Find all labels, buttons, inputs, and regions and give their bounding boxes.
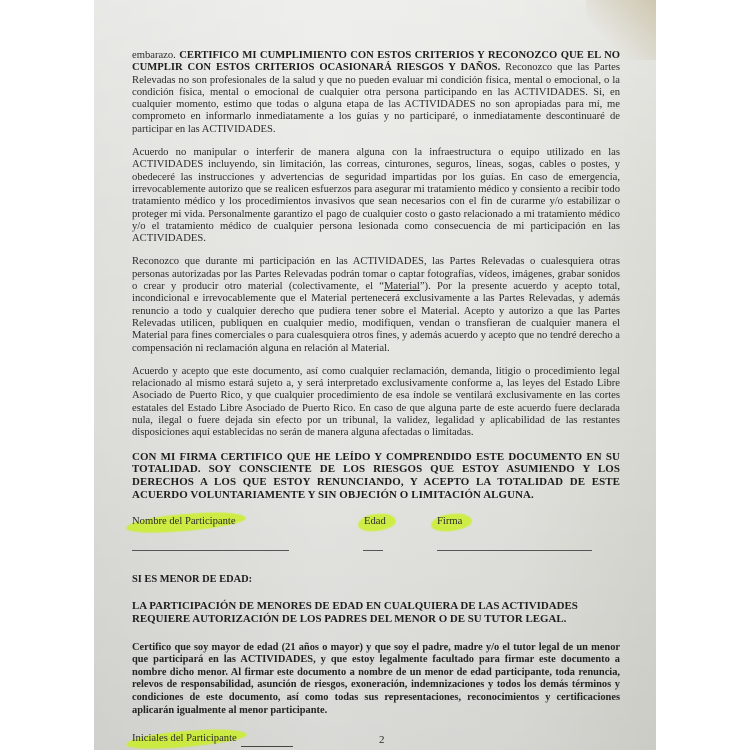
document-page: embarazo. CERTIFICO MI CUMPLIMIENTO CON … xyxy=(132,50,620,747)
signature-label: Firma xyxy=(437,516,462,528)
paragraph-lead: embarazo. xyxy=(132,50,176,61)
signature-labels: Nombre del Participante Edad Firma xyxy=(132,516,620,532)
minor-requirement: LA PARTICIPACIÓN DE MENORES DE EDAD EN C… xyxy=(132,600,620,626)
minor-section-heading: SI ES MENOR DE EDAD: xyxy=(132,574,620,586)
paragraph-material-rights: Reconozco que durante mi participación e… xyxy=(132,256,620,354)
age-label: Edad xyxy=(364,516,386,528)
signature-certification: CON MI FIRMA CERTIFICO QUE HE LEÍDO Y CO… xyxy=(132,451,620,502)
name-label: Nombre del Participante xyxy=(132,516,236,528)
paragraph-compliance: embarazo. CERTIFICO MI CUMPLIMIENTO CON … xyxy=(132,50,620,136)
page-number: 2 xyxy=(379,734,385,746)
initials-row: Iniciales del Participante xyxy=(132,733,620,746)
initials-field[interactable] xyxy=(241,733,293,746)
age-field[interactable] xyxy=(363,550,383,551)
document-photo: embarazo. CERTIFICO MI CUMPLIMIENTO CON … xyxy=(94,0,656,750)
paragraph-jurisdiction: Acuerdo y acepto que este documento, así… xyxy=(132,366,620,440)
defined-term-material: Material xyxy=(384,281,420,292)
signature-field[interactable] xyxy=(437,550,592,551)
guardian-certification: Certifico que soy mayor de edad (21 años… xyxy=(132,642,620,718)
paragraph-equipment-emergency: Acuerdo no manipular o interferir de man… xyxy=(132,147,620,245)
initials-label: Iniciales del Participante xyxy=(132,733,237,744)
signature-lines xyxy=(132,532,620,556)
name-field[interactable] xyxy=(132,550,289,551)
